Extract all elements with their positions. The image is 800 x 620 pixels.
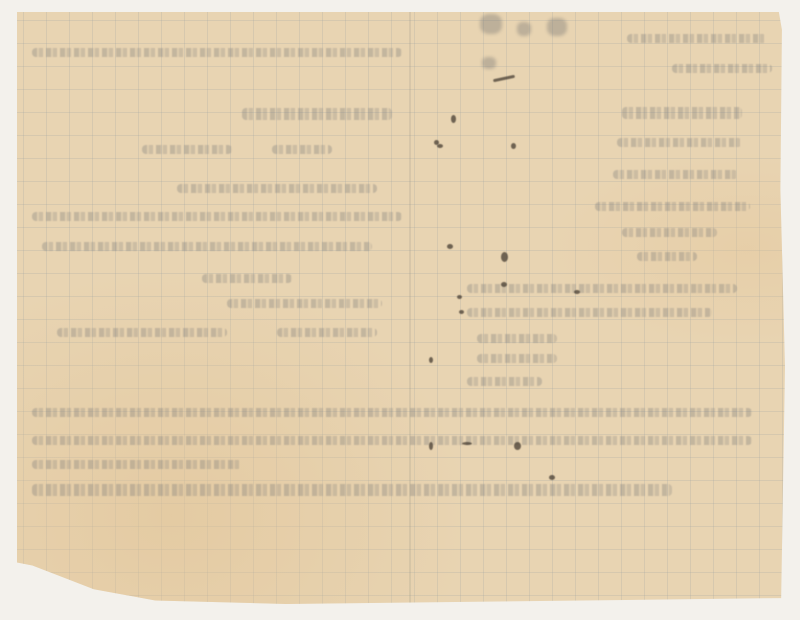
handwriting-line — [617, 138, 742, 147]
ink-spot — [459, 310, 464, 314]
handwriting-line — [202, 274, 292, 283]
ink-spot — [451, 115, 456, 123]
ink-spot — [574, 290, 580, 294]
ink-spot — [549, 475, 555, 480]
handwriting-line — [142, 145, 232, 154]
handwriting-line — [277, 328, 377, 337]
handwriting-line — [467, 377, 542, 386]
handwriting-line — [627, 34, 767, 43]
handwriting-line — [672, 64, 772, 73]
smudge — [547, 18, 567, 36]
handwriting-line — [57, 328, 227, 337]
graph-paper-sheet — [17, 12, 785, 604]
ink-spot — [511, 143, 516, 149]
ink-spot — [514, 442, 521, 450]
handwriting-line — [32, 408, 752, 417]
handwriting-line — [622, 228, 717, 237]
handwriting-line — [32, 460, 242, 469]
handwriting-line — [477, 334, 557, 343]
center-fold — [409, 12, 411, 604]
ink-spot — [429, 357, 433, 363]
smudge — [482, 57, 496, 69]
handwriting-line — [32, 484, 672, 496]
handwriting-line — [177, 184, 377, 193]
ink-spot — [437, 144, 443, 148]
smudge — [517, 22, 531, 36]
handwriting-line — [622, 107, 742, 119]
ink-spot — [501, 282, 507, 287]
handwriting-line — [227, 299, 382, 308]
handwriting-line — [242, 108, 392, 120]
ink-spot — [447, 244, 453, 249]
handwriting-line — [272, 145, 332, 154]
handwriting-line — [477, 354, 557, 363]
smudge — [480, 14, 502, 34]
scan-background — [0, 0, 800, 620]
handwriting-line — [613, 170, 738, 179]
ink-spot — [501, 252, 508, 262]
handwriting-line — [637, 252, 697, 261]
handwriting-line — [595, 202, 750, 211]
handwriting-line — [467, 284, 737, 293]
handwriting-line — [32, 48, 402, 57]
ink-spot — [429, 442, 433, 450]
ink-spot — [462, 442, 472, 445]
handwriting-line — [42, 242, 372, 251]
ink-spot — [457, 295, 462, 299]
handwriting-line — [32, 212, 402, 221]
ink-spot — [493, 75, 515, 83]
handwriting-line — [467, 308, 712, 317]
handwriting-line — [32, 436, 752, 445]
